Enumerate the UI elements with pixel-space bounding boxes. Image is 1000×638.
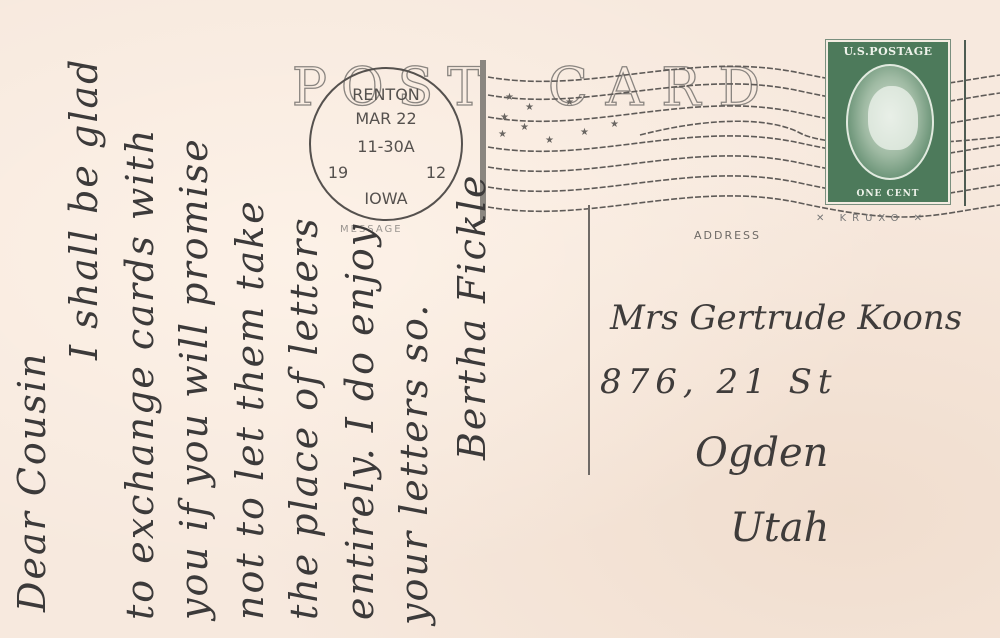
address-state: Utah (730, 505, 829, 551)
svg-text:★: ★ (520, 122, 529, 133)
postmark-icon: RENTON MAR 22 11-30A 19 12 IOWA (304, 62, 468, 226)
stamp-bottom-text: ONE CENT (828, 189, 948, 199)
message-line: to exchange cards with (118, 128, 162, 620)
svg-text:★: ★ (565, 97, 574, 108)
divider-line (588, 205, 590, 475)
svg-text:11-30A: 11-30A (357, 137, 414, 156)
signature: Bertha Fickle (450, 173, 494, 460)
svg-text:★: ★ (580, 127, 589, 138)
address-name: Mrs Gertrude Koons (610, 298, 962, 338)
svg-text:★: ★ (610, 119, 619, 130)
svg-text:12: 12 (426, 163, 446, 182)
svg-text:RENTON: RENTON (352, 85, 420, 104)
svg-text:★: ★ (500, 112, 509, 123)
svg-text:★: ★ (525, 102, 534, 113)
svg-text:MAR 22: MAR 22 (355, 109, 416, 128)
message-line: not to let them take (228, 199, 272, 620)
address-city: Ogden (695, 430, 828, 476)
postage-stamp: U.S.POSTAGE ONE CENT (826, 40, 950, 204)
message-line: I shall be glad (62, 58, 106, 360)
postcard-back: POST CARD ★★★ ★★★ ★★★ RENTON MAR 22 11-3… (0, 0, 1000, 638)
stamp-margin-text: ✕ KRUXO ✕ (816, 213, 928, 224)
message-line: entirely. I do enjoy (338, 223, 382, 620)
svg-text:19: 19 (328, 163, 348, 182)
svg-text:★: ★ (498, 129, 507, 140)
svg-text:★: ★ (545, 135, 554, 146)
svg-text:★: ★ (505, 92, 514, 103)
message-line: Dear Cousin (10, 352, 54, 612)
message-line: your letters so. (392, 303, 436, 625)
franklin-portrait-icon (846, 64, 934, 180)
message-line: you if you will promise (172, 137, 216, 620)
svg-text:IOWA: IOWA (364, 189, 407, 208)
address-street: 876, 21 St (600, 362, 838, 402)
message-line: the place of letters (282, 216, 326, 620)
stamp-top-text: U.S.POSTAGE (828, 45, 948, 58)
address-label: ADDRESS (694, 229, 761, 242)
stamp-edge-line (964, 40, 966, 206)
